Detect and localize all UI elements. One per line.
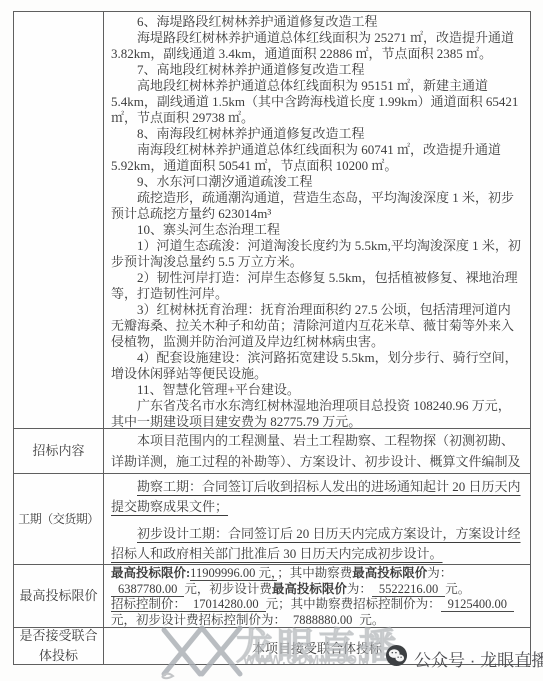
- spec-paragraph: 疏挖造形，疏通潮沟通道，营造生态岛，平均淘浚深度 1 米，初步预计总疏挖方量约 …: [111, 190, 523, 222]
- row-label-tender-content: 招标内容: [14, 429, 104, 473]
- price-segment: 11909996.00 元，: [190, 566, 277, 581]
- price-segment: 最高投标限价: [352, 566, 427, 580]
- project-scope-content: 6、海堤路段红树林养护通道修复改造工程 海堤路段红树林养护通道总体红线面积为 2…: [104, 12, 530, 428]
- tender-content-text: 本项目范围内的工程测量、岩土工程勘察、工程物探（初测初勘、详勘详测，施工过程的补…: [111, 430, 523, 473]
- row-label-empty: [14, 12, 104, 428]
- price-segment: 元，初步设计费招标控制价为：: [111, 613, 286, 627]
- table-row-schedule: 工期（交货期） 勘察工期：合同签订后收到招标人发出的进场通知起计 20 日历天内…: [14, 473, 530, 564]
- price-segment: 元。: [359, 613, 384, 627]
- price-segment: 元。: [445, 582, 470, 596]
- price-segment: 6387780.00: [111, 582, 184, 597]
- spec-heading: 10、寨头河生态治理工程: [111, 222, 523, 238]
- control-price-line: 招标控制价：17014280.00元；其中勘察费招标控制价为：9125400.0…: [111, 597, 523, 627]
- price-segment: 最高投标限价: [272, 582, 347, 596]
- price-segment: 5522216.00: [372, 582, 445, 597]
- row-label-schedule: 工期（交货期）: [14, 474, 104, 564]
- price-segment: 9125400.00: [441, 597, 514, 612]
- consortium-answer-text: 本项目接受联合体投标: [252, 638, 382, 657]
- price-segment: 招标控制价：: [111, 597, 186, 612]
- spec-paragraph: 1）河道生态疏浚：河道淘浚长度约为 5.5km,平均淘浚深度 1 米，初步预计淘…: [111, 238, 523, 270]
- table-row-tender-content: 招标内容 本项目范围内的工程测量、岩土工程勘察、工程物探（初测初勘、详勘详测，施…: [14, 428, 530, 473]
- table-row-consortium: 是否接受联合体投标 本项目接受联合体投标: [14, 627, 530, 664]
- schedule-cell: 勘察工期：合同签订后收到招标人发出的进场通知起计 20 日历天内提交勘察成果文件…: [104, 474, 530, 564]
- price-segment: 为：: [427, 566, 452, 580]
- spec-heading: 7、高地段红树林养护通道修复改造工程: [111, 62, 523, 78]
- document-page: 6、海堤路段红树林养护通道修复改造工程 海堤路段红树林养护通道总体红线面积为 2…: [0, 0, 543, 681]
- spec-paragraph: 4）配套设施建设：滨河路拓宽建设 5.5km，划分步行、骑行空间，增设休闲驿站等…: [111, 350, 523, 382]
- price-segment: ；其中勘察费: [277, 566, 352, 580]
- price-segment: 7888880.00: [286, 613, 359, 628]
- survey-schedule-text: 勘察工期：合同签订后收到招标人发出的进场通知起计 20 日历天内提交勘察成果文件…: [111, 477, 523, 517]
- spec-paragraph: 广东省茂名市水东湾红树林湿地治理项目总投资 108240.96 万元，其中一期建…: [111, 398, 523, 428]
- spec-paragraph: 高地段红树林养护通道总体红线面积为 95151 ㎡，新建主通道 5.4km，副线…: [111, 78, 523, 126]
- spec-heading: 8、南海段红树林养护通道修复改造工程: [111, 126, 523, 142]
- spec-heading: 9、水东河口潮汐通道疏浚工程: [111, 174, 523, 190]
- tender-content-cell: 本项目范围内的工程测量、岩土工程勘察、工程物探（初测初勘、详勘详测，施工过程的补…: [104, 429, 530, 473]
- consortium-cell: 本项目接受联合体投标: [104, 628, 530, 664]
- design-schedule-text: 初步设计工期：合同签订后 20 日历天内完成方案设计，方案设计经招标人和政府相关…: [111, 524, 523, 564]
- spec-paragraph: 南海段红树林养护通道总体红线面积为 60741 ㎡，改造提升通道 5.92km，…: [111, 142, 523, 174]
- price-segment: 最高投标限价:: [111, 566, 190, 580]
- spec-paragraph: 2）韧性河岸打造：河岸生态修复 5.5km，包括植被修复、裸地治理等，打造韧性河…: [111, 270, 523, 302]
- price-limit-cell: 最高投标限价:11909996.00 元，；其中勘察费最高投标限价为：63877…: [104, 565, 530, 627]
- table-row-project-scope: 6、海堤路段红树林养护通道修复改造工程 海堤路段红树林养护通道总体红线面积为 2…: [14, 12, 530, 428]
- spec-paragraph: 海堤路段红树林养护通道总体红线面积为 25271 ㎡，改造提升通道 3.82km…: [111, 30, 523, 62]
- max-bid-price-line: 最高投标限价:11909996.00 元，；其中勘察费最高投标限价为：63877…: [111, 566, 523, 597]
- row-label-consortium: 是否接受联合体投标: [14, 628, 104, 664]
- price-segment: 为：: [347, 582, 372, 596]
- spec-paragraph: 3）红树林抚育治理：抚育治理面积约 27.5 公顷，包括清理河道内无瓣海桑、拉关…: [111, 302, 523, 350]
- price-segment: 元；其中勘察费招标控制价为：: [266, 597, 441, 611]
- row-label-price-limit: 最高投标限价: [14, 565, 104, 627]
- spec-heading: 6、海堤路段红树林养护通道修复改造工程: [111, 14, 523, 30]
- table-row-price-limit: 最高投标限价 最高投标限价:11909996.00 元，；其中勘察费最高投标限价…: [14, 564, 530, 627]
- bid-info-table: 6、海堤路段红树林养护通道修复改造工程 海堤路段红树林养护通道总体红线面积为 2…: [13, 11, 531, 665]
- price-segment: 元，初步设计费: [184, 582, 272, 596]
- price-segment: 17014280.00: [186, 597, 266, 612]
- spec-heading: 11、智慧化管理+平台建设。: [111, 382, 523, 398]
